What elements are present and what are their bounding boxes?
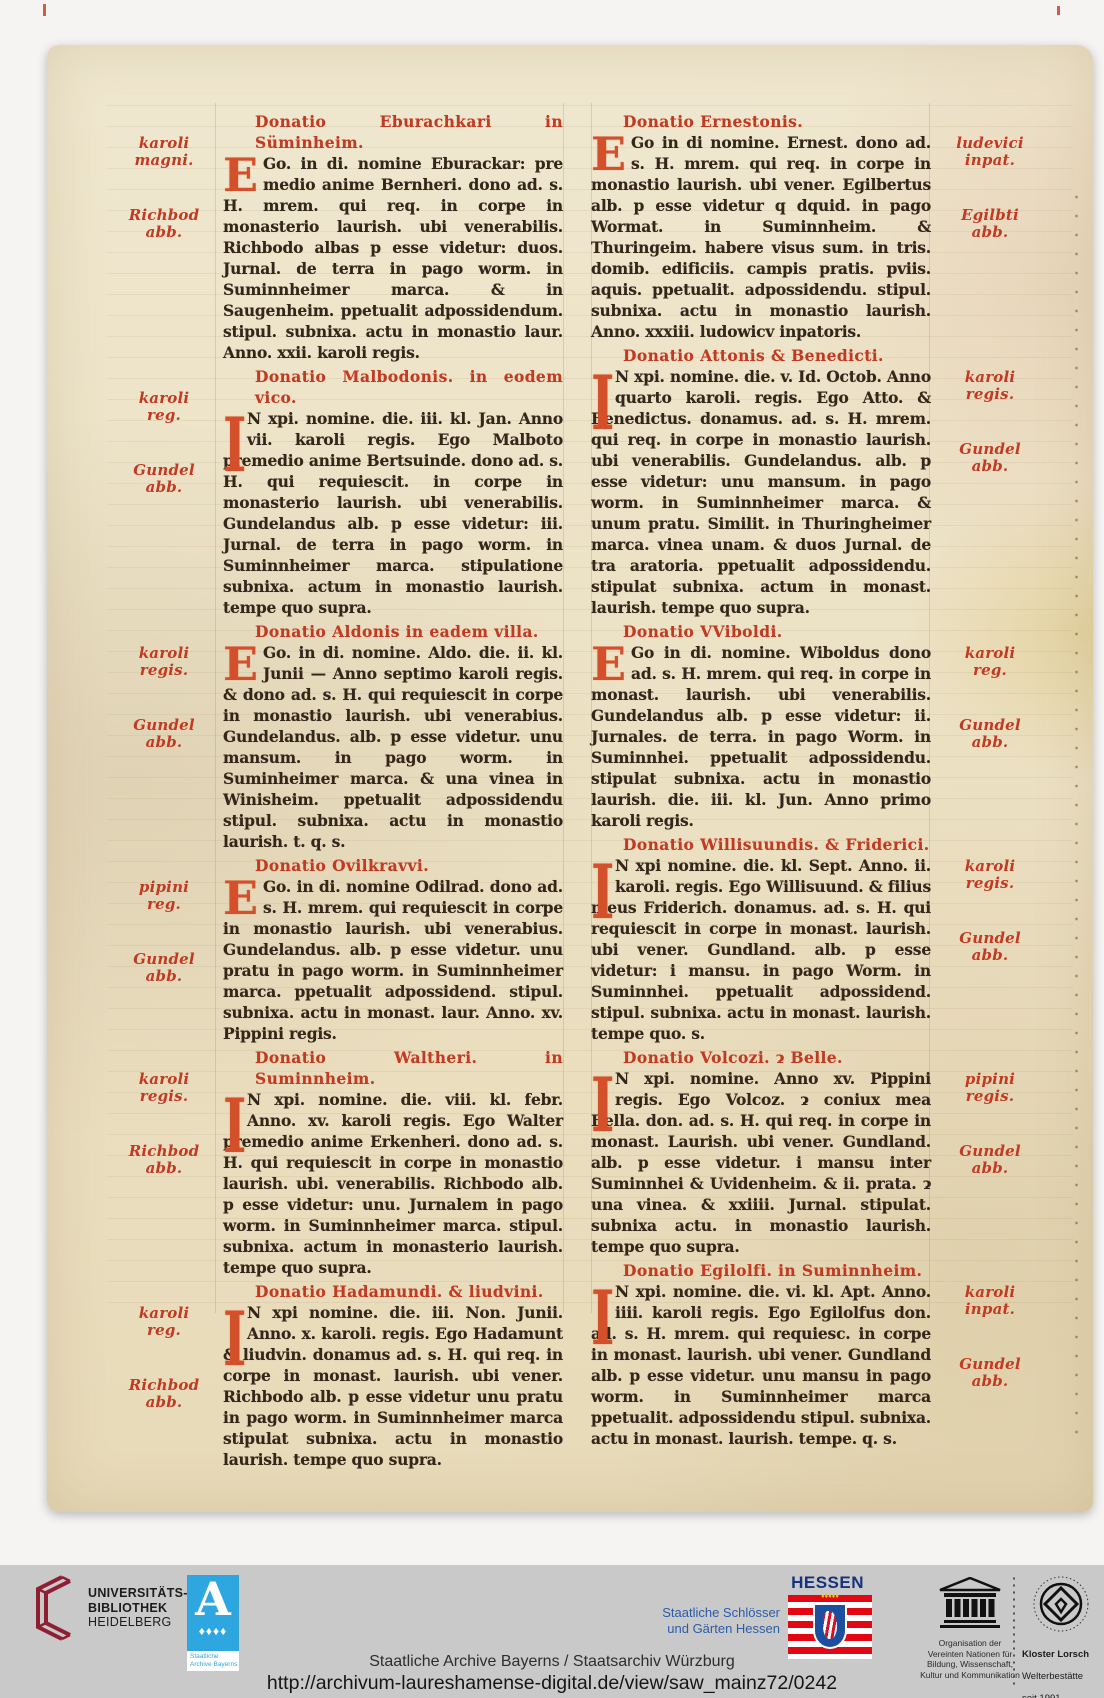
charter-body: EGo in di nomine. Ernest. dono ad. s. H.… [591, 132, 931, 342]
margin-note-abbot: Gundel abb. [941, 930, 1039, 964]
charter-entry: ludevici inpat. Egilbti abb. Donatio Ern… [591, 111, 1039, 342]
charter-entry: karoli regis. Gundel abb. Donatio Aldoni… [115, 621, 563, 852]
rubric-text: Donatio Malbodonis. in eodem vico. [255, 367, 563, 407]
rubric-heading: Donatio Malbodonis. in eodem vico. [223, 366, 563, 408]
rubric-text: Donatio Attonis & Benedicti. [623, 346, 884, 365]
body-text: N xpi. nomine. die. vi. kl. Apt. Anno. i… [591, 1282, 931, 1448]
margin-note-abbot: Gundel abb. [115, 462, 213, 496]
margin-notes: karoli regis. Gundel abb. [115, 621, 213, 852]
hessen-shield-icon [813, 1603, 847, 1649]
charter-entry: pipini reg. Gundel abb. Donatio Ovilkrav… [115, 855, 563, 1044]
margin-note-abbot: Egilbti abb. [941, 207, 1039, 241]
charter-entry: karoli regis. Richbod abb. Donatio Walth… [115, 1047, 563, 1278]
rubric-heading: Donatio Attonis & Benedicti. [591, 345, 931, 366]
rubric-text: Donatio Aldonis in eadem villa. [255, 622, 539, 641]
margin-note-abbot: Richbod abb. [115, 1377, 213, 1411]
bayern-diamonds-icon: ♦♦♦♦ [199, 1625, 228, 1637]
body-text: Go in di nomine. Ernest. dono ad. s. H. … [591, 133, 931, 341]
rubric-text: Donatio Willisuundis. & Friderici. [623, 835, 930, 854]
margin-notes: karoli reg. Gundel abb. [941, 621, 1039, 831]
charter-body: EGo. in di. nomine. Aldo. die. ii. kl. J… [223, 642, 563, 852]
charter-text: Donatio Attonis & Benedicti. IN xpi. nom… [591, 345, 931, 618]
charter-text: Donatio Eburachkari in Süminheim. EGo. i… [223, 111, 563, 363]
charter-text: Donatio Ovilkravvi. EGo. in di. nomine O… [223, 855, 563, 1044]
margin-note-ruler: ludevici inpat. [941, 135, 1039, 169]
body-text: N xpi. nomine. die. viii. kl. febr. Anno… [223, 1090, 563, 1277]
margin-notes: karoli regis. Gundel abb. [941, 345, 1039, 618]
hessen-lion-icon [823, 1611, 837, 1639]
decorated-initial: I [223, 416, 247, 476]
charter-text: Donatio Volcozi. ɂ Belle. IN xpi. nomine… [591, 1047, 931, 1257]
decorated-initial: E [223, 876, 263, 918]
body-text: Go in di. nomine. Wiboldus dono ad. s. H… [591, 643, 931, 830]
rubric-text: Donatio Ernestonis. [623, 112, 803, 131]
prick-marks [1075, 195, 1078, 1435]
body-text: N xpi. nomine. die. v. Id. Octob. Anno q… [591, 367, 931, 617]
margin-notes: karoli regis. Gundel abb. [941, 834, 1039, 1044]
margin-note-ruler: karoli regis. [941, 858, 1039, 892]
ub-heidelberg-logo-icon [28, 1573, 80, 1643]
charter-entry: karoli regis. Gundel abb. Donatio Attoni… [591, 345, 1039, 618]
body-text: Go. in di. nomine Eburackar: pre medio a… [223, 154, 563, 362]
charter-entry: karoli regis. Gundel abb. Donatio Willis… [591, 834, 1039, 1044]
margin-notes: karoli reg. Richbod abb. [115, 1281, 213, 1470]
rubric-text: Donatio Waltheri. in Suminnheim. [255, 1048, 563, 1088]
text-column-right: ludevici inpat. Egilbti abb. Donatio Ern… [591, 111, 1039, 1473]
footer-band: UNIVERSITÄTS- BIBLIOTHEK HEIDELBERG A ♦♦… [0, 1565, 1104, 1698]
charter-text: Donatio Ernestonis. EGo in di nomine. Er… [591, 111, 931, 342]
margin-note-ruler: karoli regis. [115, 1071, 213, 1105]
charter-body: IN xpi. nomine. die. v. Id. Octob. Anno … [591, 366, 931, 618]
archive-caption: Staatliche Archive Bayerns / Staatsarchi… [0, 1653, 1104, 1671]
ubh-line1: UNIVERSITÄTS- [88, 1586, 188, 1601]
margin-note-ruler: karoli reg. [941, 645, 1039, 679]
ubh-line3: HEIDELBERG [88, 1615, 188, 1630]
charter-body: EGo. in di. nomine Odilrad. dono ad. s. … [223, 876, 563, 1044]
bayern-letter-a: A [195, 1575, 231, 1623]
charter-body: IN xpi. nomine. die. iii. kl. Jan. Anno … [223, 408, 563, 618]
margin-note-abbot: Gundel abb. [115, 951, 213, 985]
charter-body: IN xpi nomine. die. kl. Sept. Anno. ii. … [591, 855, 931, 1044]
rubric-text: Donatio Hadamundi. & liudvini. [255, 1282, 544, 1301]
hessen-caption: Staatliche Schlösser und Gärten Hessen [662, 1605, 780, 1637]
charter-body: IN xpi nomine. die. iii. Non. Junii. Ann… [223, 1302, 563, 1470]
rubric-heading: Donatio Willisuundis. & Friderici. [591, 834, 931, 855]
margin-note-abbot: Gundel abb. [941, 441, 1039, 475]
text-column-left: karoli magni. Richbod abb. Donatio Ebura… [115, 111, 563, 1473]
decorated-initial: I [591, 1289, 615, 1349]
hessen-title: HESSEN [791, 1573, 864, 1593]
margin-notes: karoli magni. Richbod abb. [115, 111, 213, 363]
charter-entry: karoli reg. Gundel abb. Donatio Malbodon… [115, 366, 563, 618]
charter-text: Donatio Aldonis in eadem villa. EGo. in … [223, 621, 563, 852]
manuscript-text-block: karoli magni. Richbod abb. Donatio Ebura… [115, 111, 1039, 1473]
margin-note-ruler: karoli regis. [941, 369, 1039, 403]
margin-note-abbot: Richbod abb. [115, 1143, 213, 1177]
decorated-initial: E [223, 153, 263, 195]
charter-body: EGo in di. nomine. Wiboldus dono ad. s. … [591, 642, 931, 831]
rubric-text: Donatio VViboldi. [623, 622, 783, 641]
rubric-heading: Donatio Eburachkari in Süminheim. [223, 111, 563, 153]
charter-entry: karoli inpat. Gundel abb. Donatio Egilol… [591, 1260, 1039, 1449]
margin-notes: karoli regis. Richbod abb. [115, 1047, 213, 1278]
decorated-initial: I [223, 1097, 247, 1157]
rubric-text: Donatio Volcozi. ɂ Belle. [623, 1048, 843, 1067]
margin-note-abbot: Gundel abb. [115, 717, 213, 751]
rubric-heading: Donatio Hadamundi. & liudvini. [223, 1281, 563, 1302]
hessen-coat-of-arms-icon: ♦♦♦♦♦ [788, 1595, 872, 1659]
rubric-heading: Donatio VViboldi. [591, 621, 931, 642]
margin-notes: pipini reg. Gundel abb. [115, 855, 213, 1044]
red-edge-mark-left [43, 4, 46, 16]
body-text: N xpi nomine. die. kl. Sept. Anno. ii. k… [591, 856, 931, 1043]
rubric-heading: Donatio Volcozi. ɂ Belle. [591, 1047, 931, 1068]
body-text: Go. in di. nomine. Aldo. die. ii. kl. Ju… [223, 643, 563, 851]
margin-notes: ludevici inpat. Egilbti abb. [941, 111, 1039, 342]
body-text: N xpi. nomine. Anno xv. Pippini regis. E… [591, 1069, 931, 1256]
red-edge-mark-right [1057, 6, 1060, 15]
ub-heidelberg-block: UNIVERSITÄTS- BIBLIOTHEK HEIDELBERG [28, 1573, 188, 1643]
bayern-a-logo-icon: A ♦♦♦♦ [187, 1575, 239, 1651]
rubric-heading: Donatio Ernestonis. [591, 111, 931, 132]
manuscript-page: karoli magni. Richbod abb. Donatio Ebura… [47, 45, 1093, 1512]
decorated-initial: I [591, 374, 615, 434]
decorated-initial: E [591, 642, 631, 684]
rubric-heading: Donatio Ovilkravvi. [223, 855, 563, 876]
decorated-initial: I [591, 1076, 615, 1136]
decorated-initial: E [591, 132, 631, 174]
charter-text: Donatio Egilolfi. in Suminnheim. IN xpi.… [591, 1260, 931, 1449]
margin-note-ruler: pipini reg. [115, 879, 213, 913]
margin-notes: pipini regis. Gundel abb. [941, 1047, 1039, 1257]
charter-text: Donatio VViboldi. EGo in di. nomine. Wib… [591, 621, 931, 831]
margin-note-abbot: Gundel abb. [941, 1356, 1039, 1390]
body-text: N xpi. nomine. die. iii. kl. Jan. Anno v… [223, 409, 563, 617]
margin-note-abbot: Gundel abb. [941, 1143, 1039, 1177]
charter-entry: karoli magni. Richbod abb. Donatio Ebura… [115, 111, 563, 363]
charter-text: Donatio Waltheri. in Suminnheim. IN xpi.… [223, 1047, 563, 1278]
ubh-line2: BIBLIOTHEK [88, 1601, 188, 1616]
margin-note-abbot: Richbod abb. [115, 207, 213, 241]
margin-note-ruler: pipini regis. [941, 1071, 1039, 1105]
margin-note-ruler: karoli reg. [115, 390, 213, 424]
decorated-initial: I [223, 1310, 247, 1370]
rubric-heading: Donatio Waltheri. in Suminnheim. [223, 1047, 563, 1089]
ub-heidelberg-text: UNIVERSITÄTS- BIBLIOTHEK HEIDELBERG [88, 1586, 188, 1630]
margin-note-ruler: karoli regis. [115, 645, 213, 679]
margin-note-ruler: karoli magni. [115, 135, 213, 169]
charter-body: EGo. in di. nomine Eburackar: pre medio … [223, 153, 563, 363]
charter-body: IN xpi. nomine. die. viii. kl. febr. Ann… [223, 1089, 563, 1278]
margin-notes: karoli reg. Gundel abb. [115, 366, 213, 618]
charter-entry: pipini regis. Gundel abb. Donatio Volcoz… [591, 1047, 1039, 1257]
margin-note-ruler: karoli inpat. [941, 1284, 1039, 1318]
charter-text: Donatio Willisuundis. & Friderici. IN xp… [591, 834, 931, 1044]
rubric-heading: Donatio Egilolfi. in Suminnheim. [591, 1260, 931, 1281]
decorated-initial: I [591, 863, 615, 923]
hessen-crown-icon: ♦♦♦♦♦ [812, 1594, 848, 1600]
margin-notes: karoli inpat. Gundel abb. [941, 1260, 1039, 1449]
decorated-initial: E [223, 642, 263, 684]
unesco-temple-icon [939, 1577, 1001, 1629]
margin-note-abbot: Gundel abb. [941, 717, 1039, 751]
source-url-caption: http://archivum-laureshamense-digital.de… [0, 1672, 1104, 1695]
charter-entry: karoli reg. Richbod abb. Donatio Hadamun… [115, 1281, 563, 1470]
charter-body: IN xpi. nomine. Anno xv. Pippini regis. … [591, 1068, 931, 1257]
rubric-text: Donatio Ovilkravvi. [255, 856, 429, 875]
charter-text: Donatio Hadamundi. & liudvini. IN xpi no… [223, 1281, 563, 1470]
charter-body: IN xpi. nomine. die. vi. kl. Apt. Anno. … [591, 1281, 931, 1449]
body-text: N xpi nomine. die. iii. Non. Junii. Anno… [223, 1303, 563, 1469]
rubric-text: Donatio Eburachkari in Süminheim. [255, 112, 563, 152]
body-text: Go. in di. nomine Odilrad. dono ad. s. H… [223, 877, 563, 1043]
rubric-text: Donatio Egilolfi. in Suminnheim. [623, 1261, 922, 1280]
rubric-heading: Donatio Aldonis in eadem villa. [223, 621, 563, 642]
kloster-lorsch-logo-icon [1032, 1575, 1090, 1633]
margin-note-ruler: karoli reg. [115, 1305, 213, 1339]
charter-text: Donatio Malbodonis. in eodem vico. IN xp… [223, 366, 563, 618]
charter-entry: karoli reg. Gundel abb. Donatio VViboldi… [591, 621, 1039, 831]
